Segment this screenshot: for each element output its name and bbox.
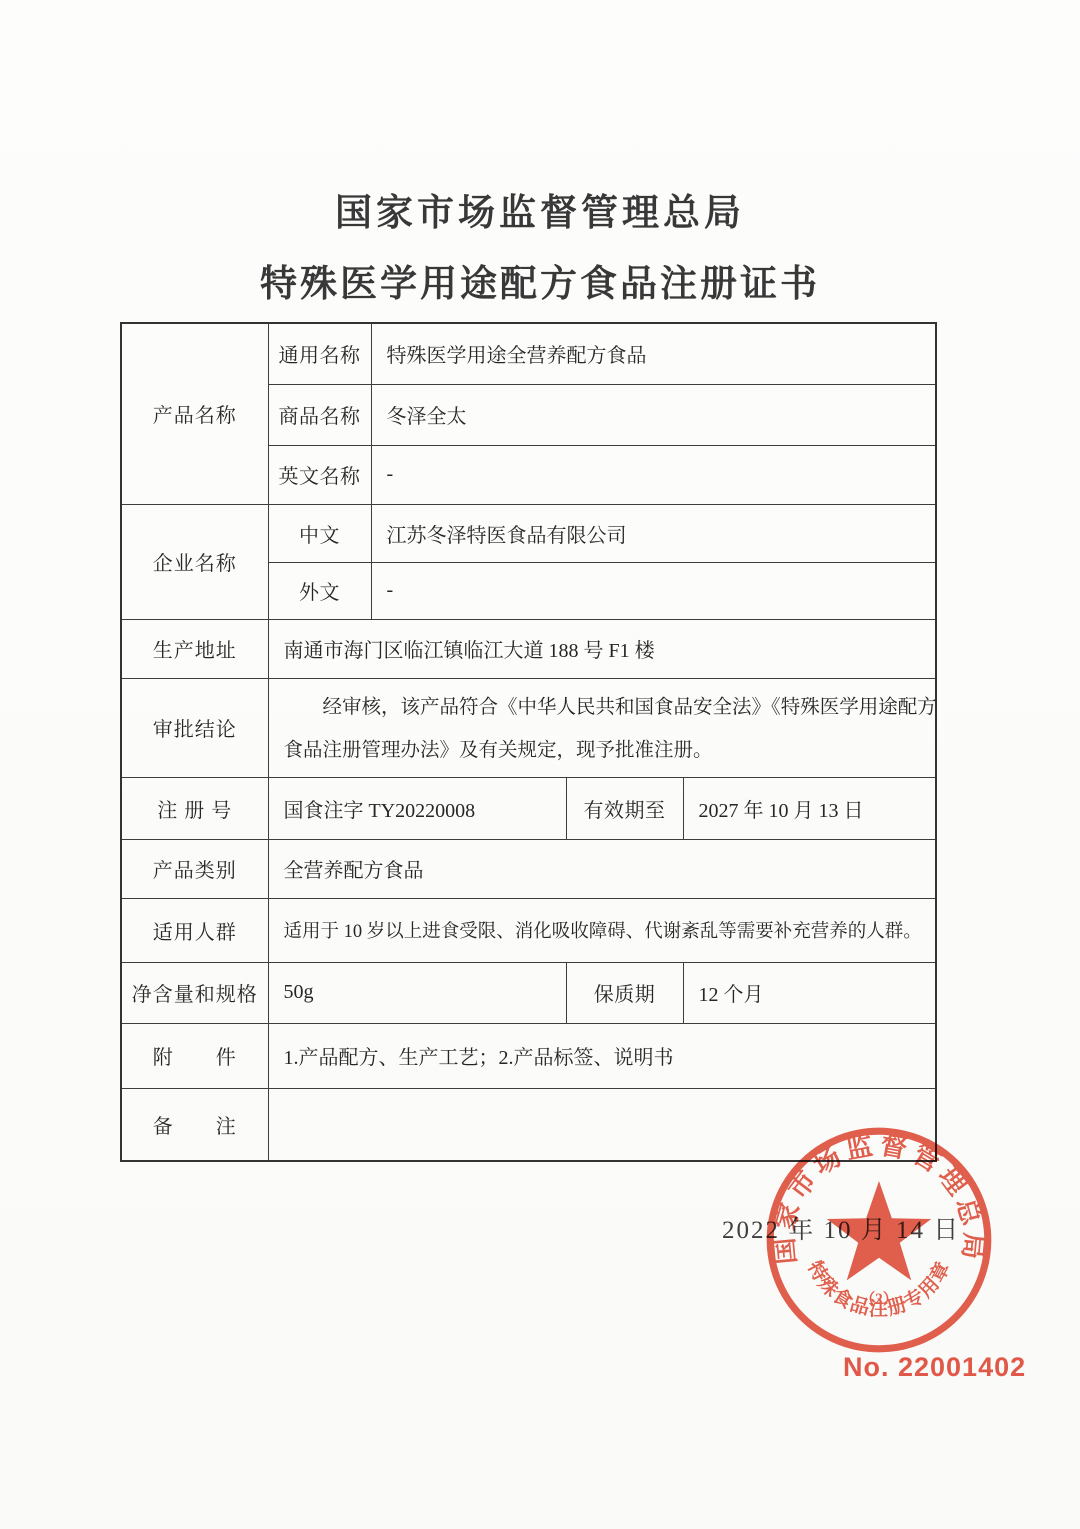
shelf-life-label: 保质期: [566, 962, 683, 1023]
company-chinese-value: 江苏冬泽特医食品有限公司: [371, 504, 936, 562]
company-foreign-value: -: [371, 562, 936, 619]
english-name-label: 英文名称: [268, 445, 371, 504]
population-label: 适用人群: [121, 898, 268, 962]
company-name-label: 企业名称: [121, 504, 268, 619]
trade-name-value: 冬泽全太: [371, 384, 936, 445]
net-content-label: 净含量和规格: [121, 962, 268, 1023]
attachment-value: 1.产品配方、生产工艺；2.产品标签、说明书: [268, 1023, 936, 1088]
address-value: 南通市海门区临江镇临江大道 188 号 F1 楼: [268, 619, 936, 678]
seal-bottom-text: 特殊食品注册专用章: [803, 1257, 955, 1320]
official-seal: 国家市场监督管理总局 特殊食品注册专用章 （2）: [757, 1118, 1001, 1362]
registration-no-label: 注 册 号: [121, 777, 268, 839]
company-foreign-label: 外文: [268, 562, 371, 619]
english-name-value: -: [371, 445, 936, 504]
approval-text-line1: 经审核，该产品符合《中华人民共和国食品安全法》《特殊医学用途配方: [284, 685, 928, 731]
page-title: 国家市场监督管理总局 特殊医学用途配方食品注册证书: [0, 182, 1080, 307]
shelf-life-value: 12 个月: [683, 962, 936, 1023]
valid-until-label: 有效期至: [566, 777, 683, 839]
approval-value: 经审核，该产品符合《中华人民共和国食品安全法》《特殊医学用途配方 食品注册管理办…: [268, 678, 936, 777]
address-label: 生产地址: [121, 619, 268, 678]
certificate-page: 国家市场监督管理总局 特殊医学用途配方食品注册证书 产品名称 通用名称 特殊医学…: [0, 0, 1080, 1529]
svg-text:特殊食品注册专用章: 特殊食品注册专用章: [803, 1257, 955, 1320]
valid-until-value: 2027 年 10 月 13 日: [683, 777, 936, 839]
title-authority: 国家市场监督管理总局: [0, 182, 1080, 236]
registration-no-value: 国食注字 TY20220008: [268, 777, 566, 839]
net-content-value: 50g: [268, 962, 566, 1023]
remarks-label: 备 注: [121, 1088, 268, 1161]
category-value: 全营养配方食品: [268, 839, 936, 898]
generic-name-label: 通用名称: [268, 323, 371, 384]
approval-label: 审批结论: [121, 678, 268, 777]
category-label: 产品类别: [121, 839, 268, 898]
generic-name-value: 特殊医学用途全营养配方食品: [371, 323, 936, 384]
approval-text-line2: 食品注册管理办法》及有关规定，现予批准注册。: [284, 731, 928, 771]
population-value: 适用于 10 岁以上进食受限、消化吸收障碍、代谢紊乱等需要补充营养的人群。: [268, 898, 936, 962]
title-certificate: 特殊医学用途配方食品注册证书: [0, 253, 1080, 307]
seal-star-icon: [827, 1181, 931, 1280]
attachment-label: 附 件: [121, 1023, 268, 1088]
seal-number: （2）: [860, 1290, 898, 1308]
company-chinese-label: 中文: [268, 504, 371, 562]
serial-number: No. 22001402: [843, 1352, 1026, 1383]
trade-name-label: 商品名称: [268, 384, 371, 445]
registration-table: 产品名称 通用名称 特殊医学用途全营养配方食品 商品名称 冬泽全太 英文名称 -…: [120, 322, 937, 1162]
product-name-label: 产品名称: [121, 323, 268, 504]
